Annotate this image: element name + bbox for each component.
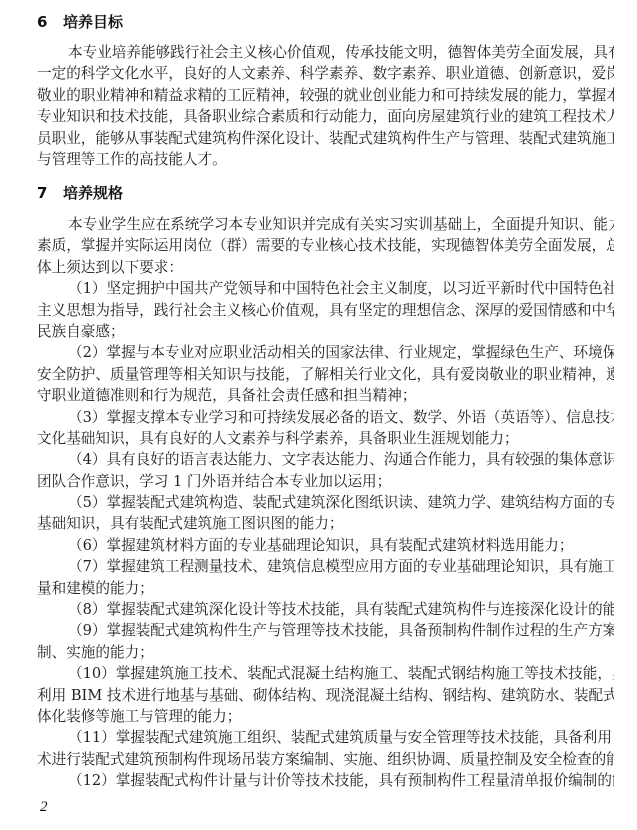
paragraph-line: 团队合作意识，学习 1 门外语并结合本专业加以运用；: [37, 471, 614, 492]
paragraph-line: 本专业学生应在系统学习本专业知识并完成有关实习实训基础上，全面提升知识、能力、: [37, 214, 614, 235]
section-heading-training-specifications: 7培养规格: [37, 183, 123, 203]
paragraph-line: 素质，掌握并实际运用岗位（群）需要的专业核心技术技能，实现德智体美劳全面发展，总: [37, 235, 614, 256]
section-heading-training-objectives: 6培养目标: [37, 12, 123, 32]
paragraph-line: 主义思想为指导，践行社会主义核心价值观，具有坚定的理想信念、深厚的爱国情感和中华: [37, 300, 614, 321]
section-number: 7: [37, 183, 63, 203]
paragraph-line: （5）掌握装配式建筑构造、装配式建筑深化图纸识读、建筑力学、建筑结构方面的专业: [37, 492, 614, 513]
paragraph-line: 敬业的职业精神和精益求精的工匠精神，较强的就业创业能力和可持续发展的能力，掌握本: [37, 85, 614, 106]
paragraph-line: （12）掌握装配式构件计量与计价等技术技能，具有预制构件工程量清单报价编制的能: [37, 770, 614, 791]
paragraph-line: 文化基础知识，具有良好的人文素养与科学素养，具备职业生涯规划能力；: [37, 428, 614, 449]
paragraph-line: 制、实施的能力；: [37, 642, 614, 663]
paragraph-line: 民族自豪感；: [37, 321, 614, 342]
paragraph-line: （11）掌握装配式建筑施工组织、装配式建筑质量与安全管理等技术技能，具备利用 B…: [37, 727, 614, 748]
paragraph-line: （3）掌握支撑本专业学习和可持续发展必备的语文、数学、外语（英语等）、信息技术等: [37, 407, 614, 428]
section-title: 培养规格: [63, 184, 123, 202]
page-number: 2: [40, 799, 48, 816]
training-objectives-body: 本专业培养能够践行社会主义核心价值观，传承技能文明，德智体美劳全面发展，具有一定…: [37, 42, 614, 170]
paragraph-line: （1）坚定拥护中国共产党领导和中国特色社会主义制度，以习近平新时代中国特色社会: [37, 278, 614, 299]
paragraph-line: 与管理等工作的高技能人才。: [37, 149, 614, 170]
paragraph-line: 术进行装配式建筑预制构件现场吊装方案编制、实施、组织协调、质量控制及安全检查的能…: [37, 749, 614, 770]
training-specifications-body: 本专业学生应在系统学习本专业知识并完成有关实习实训基础上，全面提升知识、能力、素…: [37, 214, 614, 792]
paragraph-line: 体上须达到以下要求：: [37, 257, 614, 278]
paragraph-line: 安全防护、质量管理等相关知识与技能，了解相关行业文化，具有爱岗敬业的职业精神，遵: [37, 364, 614, 385]
paragraph-line: （10）掌握建筑施工技术、装配式混凝土结构施工、装配式钢结构施工等技术技能，具备: [37, 663, 614, 684]
paragraph-line: （4）具有良好的语言表达能力、文字表达能力、沟通合作能力，具有较强的集体意识和: [37, 449, 614, 470]
paragraph-line: （9）掌握装配式建筑构件生产与管理等技术技能，具备预制构件制作过程的生产方案编: [37, 620, 614, 641]
paragraph-line: （8）掌握装配式建筑深化设计等技术技能，具有装配式建筑构件与连接深化设计的能力；: [37, 599, 614, 620]
paragraph-line: 基础知识，具有装配式建筑施工图识图的能力；: [37, 513, 614, 534]
paragraph-line: （6）掌握建筑材料方面的专业基础理论知识，具有装配式建筑材料选用能力；: [37, 535, 614, 556]
section-title: 培养目标: [63, 13, 123, 31]
paragraph-line: （7）掌握建筑工程测量技术、建筑信息模型应用方面的专业基础理论知识，具有施工测: [37, 556, 614, 577]
paragraph-line: 本专业培养能够践行社会主义核心价值观，传承技能文明，德智体美劳全面发展，具有: [37, 42, 614, 63]
paragraph-line: 体化装修等施工与管理的能力；: [37, 706, 614, 727]
section-number: 6: [37, 12, 63, 32]
document-page: 6培养目标 本专业培养能够践行社会主义核心价值观，传承技能文明，德智体美劳全面发…: [0, 0, 637, 830]
paragraph-line: 守职业道德准则和行为规范，具备社会责任感和担当精神；: [37, 385, 614, 406]
paragraph-line: 员职业，能够从事装配式建筑构件深化设计、装配式建筑构件生产与管理、装配式建筑施工: [37, 128, 614, 149]
paragraph-line: 利用 BIM 技术进行地基与基础、砌体结构、现浇混凝土结构、钢结构、建筑防水、装…: [37, 685, 614, 706]
paragraph-line: （2）掌握与本专业对应职业活动相关的国家法律、行业规定，掌握绿色生产、环境保护、: [37, 342, 614, 363]
paragraph-line: 量和建模的能力；: [37, 578, 614, 599]
paragraph-line: 专业知识和技术技能，具备职业综合素质和行动能力，面向房屋建筑行业的建筑工程技术人: [37, 106, 614, 127]
paragraph-line: 一定的科学文化水平，良好的人文素养、科学素养、数字素养、职业道德、创新意识，爱岗: [37, 63, 614, 84]
